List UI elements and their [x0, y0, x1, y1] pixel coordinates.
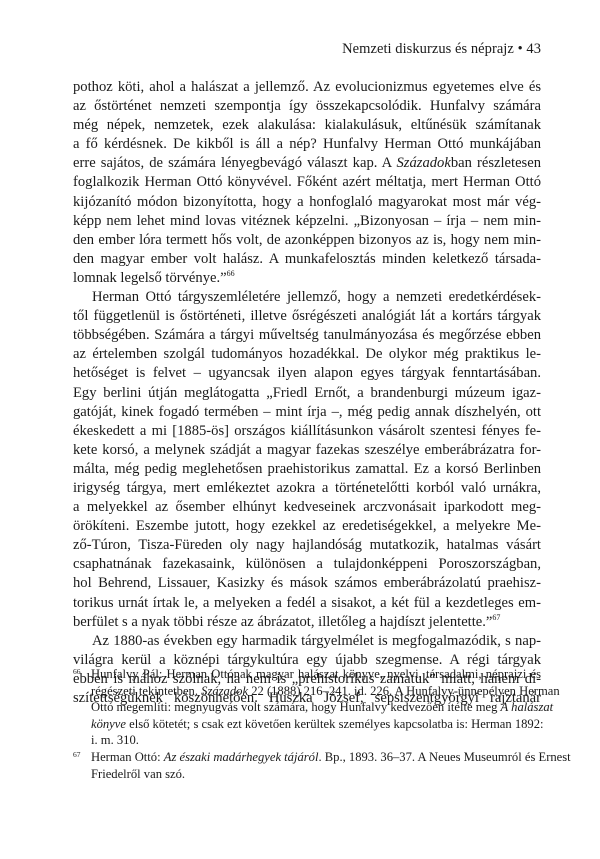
text-line: a melyekkel az ősember elhúnyt kedvesein…: [73, 498, 541, 517]
footnote-number: 66: [73, 664, 81, 681]
text-line: még népek, nemzetek, ezek alakulása: kia…: [73, 116, 541, 135]
footnote: 67Herman Ottó: Az északi madárhegyek táj…: [73, 749, 541, 782]
text-line: től függetlenül is őstörténeti, illetve …: [73, 307, 541, 326]
text-line: den magyar ember volt halász. A munkafel…: [73, 250, 541, 269]
text-line: az értelemben szolgál tudományos hozadék…: [73, 345, 541, 364]
header-separator: •: [518, 41, 523, 57]
footnote-line: i. m. 310.: [91, 732, 541, 749]
page-number: 43: [526, 41, 541, 57]
text-line: kijózanító módon bizonyította, hogy a ho…: [73, 193, 541, 212]
footnote-line: könyve első kötetét; s csak ezt követően…: [91, 716, 541, 733]
text-line: berfület s a nyak többi része az ábrázat…: [73, 613, 541, 632]
paragraph: pothoz köti, ahol a halászat a jellemző.…: [73, 78, 541, 288]
text-line: Az 1880-as években egy harmadik tárgyelm…: [73, 632, 541, 651]
footnote-reference[interactable]: 66: [227, 269, 235, 278]
italic-title: A halászat: [501, 700, 554, 714]
footnote-line: Friedelről van szó.: [91, 766, 541, 783]
body-text: pothoz köti, ahol a halászat a jellemző.…: [73, 78, 541, 708]
text-line: többségében. Számára a tárgyi műveltség …: [73, 326, 541, 345]
text-line: foglalkozik Herman Ottó könyvével. Főkén…: [73, 173, 541, 192]
footnote: 66Hunfalvy Pál: Herman Ottónak magyar ha…: [73, 666, 541, 749]
footnote-number: 67: [73, 747, 81, 764]
text-line: pothoz köti, ahol a halászat a jellemző.…: [73, 78, 541, 97]
running-header: Nemzeti diskurzus és néprajz • 43: [342, 41, 541, 58]
text-line: az őstörténet nemzeti szempontja így öss…: [73, 97, 541, 116]
text-line: képp nem lehet mind lovas vitéznek képze…: [73, 212, 541, 231]
footnotes: 66Hunfalvy Pál: Herman Ottónak magyar ha…: [73, 666, 541, 782]
footnote-line: régészeti tekintetben. Századok 22 (1888…: [91, 683, 541, 700]
text-line: lomnak legelső törvénye.”66: [73, 269, 541, 288]
footnote-line: Hunfalvy Pál: Herman Ottónak magyar halá…: [91, 666, 541, 683]
running-title: Nemzeti diskurzus és néprajz: [342, 41, 514, 57]
paragraph: Herman Ottó tárgyszemléletére jellemző, …: [73, 288, 541, 632]
text-line: a fő kérdésnek. De kikből is áll a nép? …: [73, 135, 541, 154]
text-line: málta, még pedig meglehetősen praehistor…: [73, 460, 541, 479]
text-line: hol Behrend, Lissauer, Kasizky és mások …: [73, 574, 541, 593]
italic-title: Századok: [397, 155, 451, 171]
text-line: gatóját, kinek fogadó termében – mint ír…: [73, 403, 541, 422]
footnote-line: Herman Ottó: Az északi madárhegyek tájár…: [91, 749, 541, 766]
text-line: erre sajátos, de számára lényegbevágó vá…: [73, 154, 541, 173]
text-line: irigység tárgya, mert emlékeztet azokra …: [73, 479, 541, 498]
text-line: Egy berlini útján meglátogatta „Friedl E…: [73, 384, 541, 403]
footnote-reference[interactable]: 67: [492, 613, 500, 622]
text-line: örökíteni. Eszembe jutott, hogy ezekkel …: [73, 517, 541, 536]
text-line: hetőséget is felvet – ugyancsak ilyen al…: [73, 364, 541, 383]
text-line: ékeskedett a mi [1885-ös] országos kiáll…: [73, 422, 541, 441]
italic-title: könyve: [91, 717, 126, 731]
text-line: den ember lóra termett hős volt, de azon…: [73, 231, 541, 250]
footnote-line: Ottó megemlíti: megnyugvás volt számára,…: [91, 699, 541, 716]
text-line: kete korsó, a melynek szádját a magyar f…: [73, 441, 541, 460]
text-line: Herman Ottó tárgyszemléletére jellemző, …: [73, 288, 541, 307]
text-line: csaphatnának fazekasaink, különösen a tu…: [73, 555, 541, 574]
italic-title: Az északi madárhegyek tájáról: [164, 750, 319, 764]
text-line: ző-Túron, Tisza-Füreden oly nagy hajland…: [73, 536, 541, 555]
text-line: torikus urnát írtak le, a melyeken a fed…: [73, 594, 541, 613]
italic-title: Századok: [201, 684, 248, 698]
